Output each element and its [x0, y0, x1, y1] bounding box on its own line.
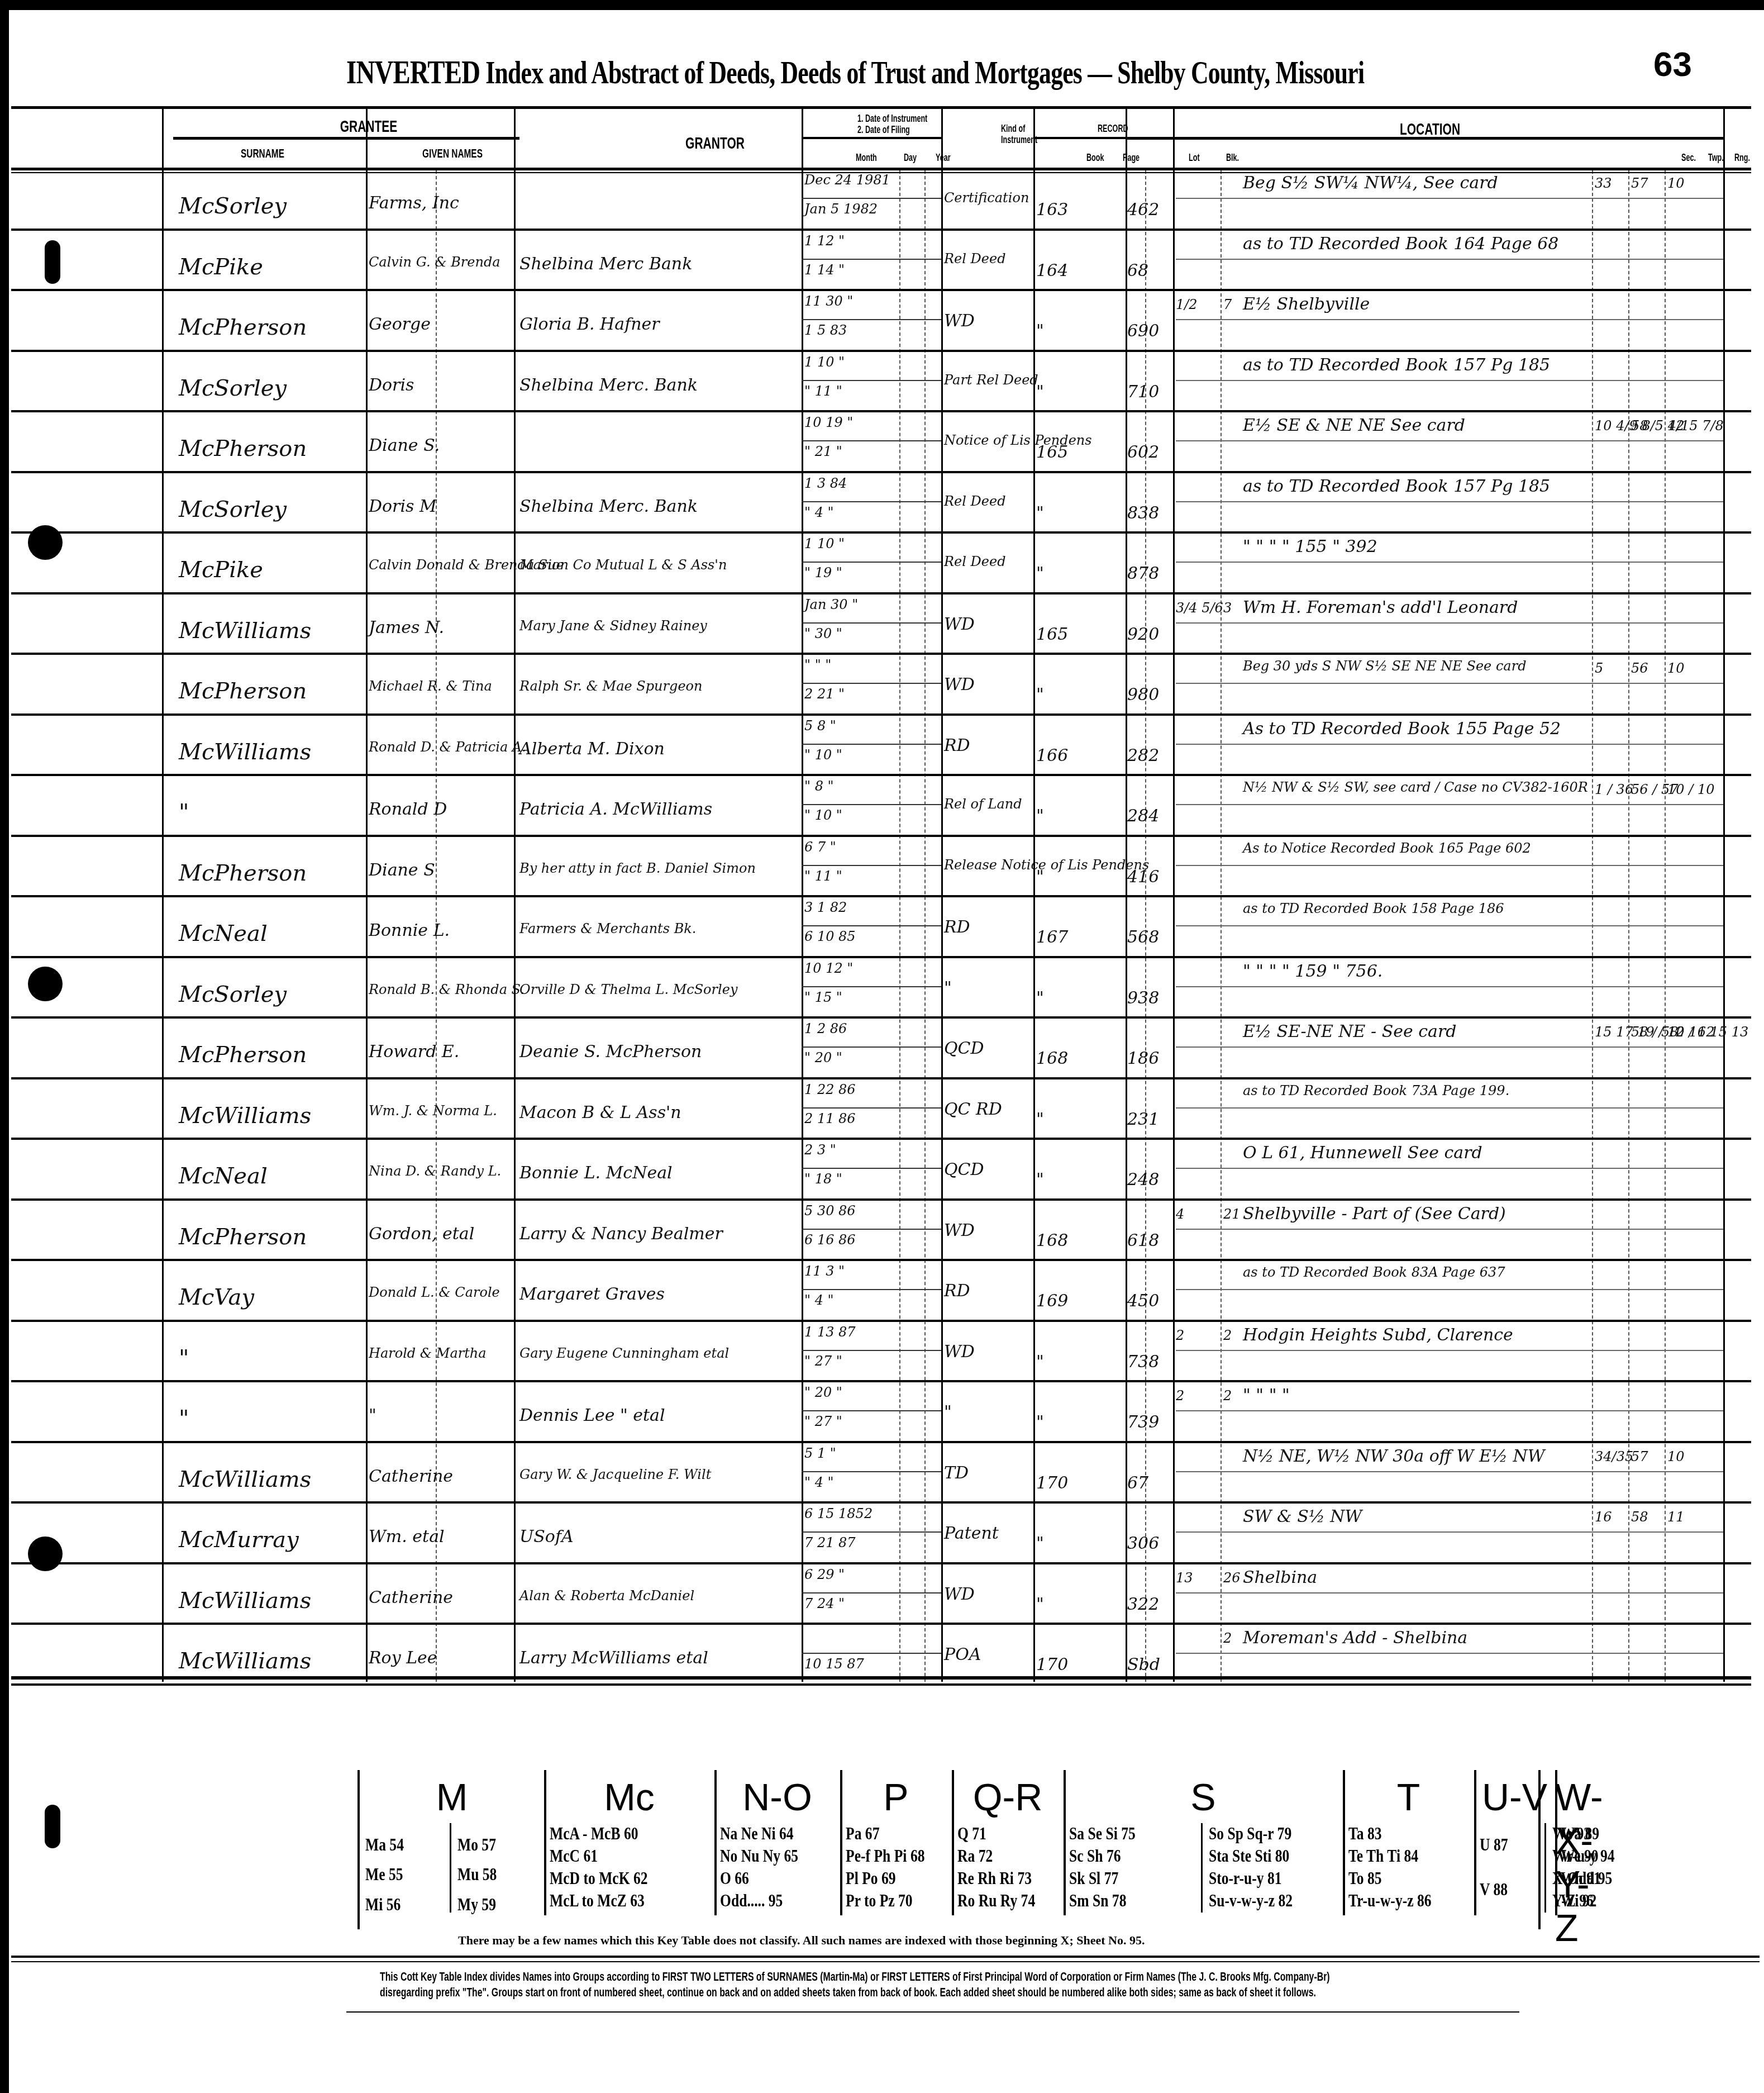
col-header-book: Book: [1086, 152, 1104, 163]
grantor-name: Gloria B. Hafner: [519, 315, 660, 334]
record-page: 618: [1127, 1231, 1159, 1250]
date-of-instrument: 6 29 ": [804, 1567, 845, 1582]
kind-of-instrument: WD: [944, 615, 975, 634]
key-entry: Pl Po 69: [846, 1868, 896, 1889]
date-of-filing: " 4 ": [804, 505, 834, 520]
key-entry: McC 61: [550, 1845, 598, 1866]
record-book: 167: [1036, 927, 1068, 947]
kind-of-instrument: Rel Deed: [944, 554, 1006, 569]
date-of-filing: 2 21 ": [804, 686, 845, 702]
key-entry: Pa 67: [846, 1823, 879, 1844]
record-page: 462: [1127, 200, 1159, 220]
key-entry: Ro Ru Ry 74: [957, 1890, 1035, 1911]
kind-of-instrument: Part Rel Deed: [944, 372, 1038, 388]
key-group-letter: T: [1343, 1776, 1474, 1819]
grantee-surname: McPherson: [179, 1042, 307, 1068]
location-lot: 3/4 5/6: [1176, 600, 1223, 616]
kind-of-instrument: Rel Deed: [944, 251, 1006, 267]
grantee-given-names: Doris M: [369, 497, 437, 516]
divider: [11, 1956, 1760, 1958]
key-entry: Tr-u-w-y-z 86: [1348, 1890, 1432, 1911]
grantee-surname: McWilliams: [179, 1588, 311, 1614]
key-entry: Wr-u-y 94: [1552, 1845, 1615, 1866]
location-description: " " " " 155 " 392: [1243, 537, 1377, 556]
key-entry: Su-v-w-y-z 82: [1209, 1890, 1293, 1911]
grantee-given-names: George: [369, 315, 431, 334]
divider: [11, 1961, 1760, 1962]
key-subdivider: [1544, 1823, 1546, 1913]
grantor-name: Gary Eugene Cunningham etal: [519, 1345, 729, 1361]
key-group-p: PPa 67Pe-f Ph Pi 68Pl Po 69Pr to Pz 70: [840, 1770, 954, 1915]
grantee-surname: McVay: [179, 1285, 254, 1310]
location-block: 2: [1223, 1630, 1232, 1646]
grantee-surname: McPike: [179, 254, 263, 280]
location-township: 57: [1631, 1449, 1648, 1464]
date-label-1: 1. Date of Instrument: [857, 113, 927, 124]
col-header-twp: Twp.: [1708, 152, 1724, 163]
date-of-filing: " 4 ": [804, 1474, 834, 1490]
grantee-given-names: Wm. etal: [369, 1527, 445, 1547]
date-of-instrument: 1 10 ": [804, 354, 845, 370]
col-header-location: LOCATION: [1391, 120, 1469, 139]
key-entry: Pr to Pz 70: [846, 1890, 913, 1911]
grantee-surname: McWilliams: [179, 739, 311, 765]
date-of-instrument: 10 12 ": [804, 960, 853, 976]
record-page: 450: [1127, 1291, 1159, 1311]
grantor-name: Larry & Nancy Bealmer: [519, 1224, 723, 1244]
date-of-filing: " 27 ": [804, 1414, 842, 1429]
record-book: ": [1036, 321, 1044, 341]
location-description: Moreman's Add - Shelbina: [1243, 1628, 1467, 1648]
record-page: 248: [1127, 1170, 1159, 1190]
location-range: 10: [1667, 1449, 1685, 1464]
record-page: 282: [1127, 746, 1159, 765]
location-block: 21: [1223, 1206, 1241, 1222]
location-description: as to TD Recorded Book 158 Page 186: [1243, 901, 1504, 916]
table-row: [11, 531, 1723, 592]
record-book: ": [1036, 685, 1044, 705]
grantee-surname: McPherson: [179, 315, 307, 340]
grantee-given-names: Farms, Inc: [369, 193, 459, 213]
record-book: 163: [1036, 200, 1068, 220]
key-entry: McL to McZ 63: [550, 1890, 645, 1911]
grantee-surname: McPike: [179, 557, 263, 583]
location-description: E½ Shelbyville: [1243, 294, 1370, 314]
date-of-instrument: 6 7 ": [804, 839, 836, 855]
key-group-t: TTa 83Te Th Ti 84To 85Tr-u-w-y-z 86: [1343, 1770, 1476, 1915]
date-of-filing: " 27 ": [804, 1353, 842, 1369]
date-of-instrument: " 8 ": [804, 778, 834, 794]
kind-of-instrument: Rel Deed: [944, 493, 1006, 509]
location-block: 2: [1223, 1328, 1232, 1343]
location-section: 16: [1595, 1509, 1612, 1525]
key-entry: Ta 83: [1348, 1823, 1382, 1844]
date-of-instrument: 2 3 ": [804, 1142, 836, 1158]
kind-of-instrument: Release Notice of Lis Pendens: [944, 857, 1149, 873]
grantee-surname: McPherson: [179, 860, 307, 886]
date-of-instrument: 1 10 ": [804, 536, 845, 551]
grantor-name: Gary W. & Jacqueline F. Wilt: [519, 1467, 711, 1482]
location-lot: 13: [1176, 1570, 1193, 1586]
grantee-given-names: Wm. J. & Norma L.: [369, 1103, 497, 1119]
grantee-given-names: Ronald D. & Patricia A.: [369, 739, 526, 755]
grantor-name: Alan & Roberta McDaniel: [519, 1588, 694, 1604]
location-description: E½ SE & NE NE See card: [1243, 416, 1465, 435]
grantee-given-names: Gordon, etal: [369, 1224, 474, 1244]
location-description: Wm H. Foreman's add'l Leonard: [1243, 598, 1518, 617]
grantor-name: Shelbina Merc. Bank: [519, 497, 698, 516]
grantor-name: Mary Jane & Sidney Rainey: [519, 618, 707, 634]
record-page: 186: [1127, 1049, 1159, 1068]
record-page: 690: [1127, 321, 1159, 341]
record-book: ": [1036, 867, 1044, 887]
date-of-filing: 7 21 87: [804, 1535, 856, 1550]
grantee-given-names: Michael R. & Tina: [369, 678, 492, 694]
key-entry: Odd..... 95: [720, 1890, 783, 1911]
record-book: 165: [1036, 625, 1068, 644]
record-book: ": [1036, 503, 1044, 523]
kind-of-instrument: Patent: [944, 1524, 999, 1543]
grantee-surname: ": [179, 1406, 189, 1431]
grantor-name: USofA: [519, 1527, 574, 1547]
col-header-lot: Lot: [1189, 152, 1200, 163]
date-of-filing: " 4 ": [804, 1292, 834, 1308]
date-of-instrument: 1 12 ": [804, 233, 845, 249]
grantor-name: Shelbina Merc. Bank: [519, 375, 698, 395]
record-page: 878: [1127, 564, 1159, 583]
date-of-instrument: 1 2 86: [804, 1021, 847, 1036]
record-book: ": [1036, 1352, 1044, 1372]
location-description: as to TD Recorded Book 157 Pg 185: [1243, 355, 1550, 375]
key-entry: Re Rh Ri 73: [957, 1868, 1032, 1889]
date-of-filing: " 11 ": [804, 868, 842, 884]
date-of-instrument: 1 3 84: [804, 475, 847, 491]
kind-of-instrument: WD: [944, 1221, 975, 1240]
record-book: 165: [1036, 443, 1068, 462]
grantee-given-names: James N.: [369, 618, 444, 638]
title-rest: Index and Abstract of Deeds, Deeds of Tr…: [485, 56, 1364, 91]
grantor-name: Larry McWilliams etal: [519, 1648, 708, 1668]
key-entry: Sc Sh 76: [1069, 1845, 1121, 1866]
kind-of-instrument: WD: [944, 311, 975, 331]
key-group-letter: Q-R: [952, 1776, 1064, 1819]
grantor-name: Patricia A. McWilliams: [519, 800, 712, 819]
record-book: 170: [1036, 1473, 1068, 1493]
key-entry: Mo 57: [457, 1834, 496, 1855]
col-header-surname: SURNAME: [231, 146, 294, 161]
location-section: 1 / 36: [1595, 782, 1633, 797]
page-number: 63: [1653, 45, 1692, 84]
location-range: 10: [1667, 660, 1685, 676]
record-page: 416: [1127, 867, 1159, 887]
kind-of-instrument: RD: [944, 736, 970, 755]
date-of-instrument: 1 13 87: [804, 1324, 856, 1340]
location-block: 7: [1223, 297, 1232, 312]
col-header-grantee: GRANTEE: [330, 117, 408, 136]
record-page: 67: [1127, 1473, 1148, 1493]
divider: [346, 2011, 1519, 2013]
record-book: 164: [1036, 261, 1068, 280]
record-page: 68: [1127, 261, 1148, 280]
grantee-surname: ": [179, 800, 189, 825]
date-of-instrument: 5 1 ": [804, 1445, 836, 1461]
record-book: ": [1036, 1534, 1044, 1553]
kind-of-instrument: Certification: [944, 190, 1029, 206]
grantee-surname: McMurray: [179, 1527, 299, 1553]
col-header-rng: Rng.: [1734, 152, 1750, 163]
location-township: 58: [1631, 1509, 1648, 1525]
key-group-m: MMa 54Me 55Mi 56Mo 57Mu 58My 59: [360, 1770, 546, 1915]
grantee-surname: McPherson: [179, 436, 307, 462]
location-lot: 1/2: [1176, 297, 1198, 312]
key-entry: Q 71: [957, 1823, 986, 1844]
location-description: O L 61, Hunnewell See card: [1243, 1143, 1482, 1163]
cott-key-table: MMa 54Me 55Mi 56Mo 57Mu 58My 59McMcA - M…: [357, 1770, 1541, 1929]
record-page: 980: [1127, 685, 1159, 705]
date-of-filing: " 18 ": [804, 1171, 842, 1187]
location-block: 26: [1223, 1570, 1241, 1586]
date-of-filing: 1 14 ": [804, 262, 845, 278]
date-of-filing: " 15 ": [804, 990, 842, 1005]
grantor-name: Deanie S. McPherson: [519, 1042, 702, 1062]
grantee-surname: McNeal: [179, 921, 268, 946]
key-entry: Na Ne Ni 64: [720, 1823, 794, 1844]
key-table-note: There may be a few names which this Key …: [458, 1933, 1145, 1948]
grantor-name: Alberta M. Dixon: [519, 739, 665, 759]
key-entry: My 59: [457, 1894, 496, 1915]
date-of-filing: " 19 ": [804, 565, 842, 581]
date-of-instrument: " 20 ": [804, 1385, 842, 1400]
kind-of-instrument: TD: [944, 1463, 969, 1483]
location-description: E½ SE-NE NE - See card: [1243, 1022, 1457, 1041]
key-entry: Te Th Ti 84: [1348, 1845, 1418, 1866]
date-of-instrument: 10 19 ": [804, 415, 853, 430]
record-book: 169: [1036, 1291, 1068, 1311]
date-of-instrument: " " ": [804, 657, 831, 673]
footer-line-1: This Cott Key Table Index divides Names …: [380, 1970, 1330, 1984]
grantee-given-names: Ronald B. & Rhonda S.: [369, 982, 525, 997]
col-header-grantor: GRANTOR: [676, 134, 754, 153]
grantor-name: Orville D & Thelma L. McSorley: [519, 982, 737, 997]
grantor-name: Shelbina Merc Bank: [519, 254, 692, 274]
key-group-q-r: Q-RQ 71Ra 72Re Rh Ri 73Ro Ru Ry 74: [952, 1770, 1066, 1915]
location-township: 57: [1631, 175, 1648, 191]
binder-slot: [45, 1805, 60, 1848]
key-entry: To 85: [1348, 1868, 1382, 1889]
key-entry: Wo 93: [1552, 1823, 1591, 1844]
key-entry: McD to McK 62: [550, 1868, 648, 1889]
date-of-instrument: 3 1 82: [804, 900, 847, 915]
rule: [11, 106, 1751, 109]
record-page: 568: [1127, 927, 1159, 947]
location-lot: 4: [1176, 1206, 1184, 1222]
grantor-name: Bonnie L. McNeal: [519, 1163, 673, 1183]
record-book: ": [1036, 1412, 1044, 1432]
location-description: Beg 30 yds S NW S½ SE NE NE See card: [1243, 658, 1527, 674]
location-block: 2: [1223, 1388, 1232, 1404]
grantee-given-names: Catherine: [369, 1467, 453, 1486]
kind-of-instrument: POA: [944, 1645, 981, 1664]
date-of-filing: 2 11 86: [804, 1111, 856, 1126]
key-entry: Mi 56: [365, 1894, 401, 1915]
kind-of-instrument: ": [944, 1402, 952, 1422]
record-book: 168: [1036, 1231, 1068, 1250]
grantee-surname: ": [179, 1345, 189, 1371]
key-group-mc: McMcA - McB 60McC 61McD to McK 62McL to …: [544, 1770, 717, 1915]
grantee-given-names: Donald L. & Carole: [369, 1285, 500, 1300]
location-description: as to TD Recorded Book 83A Page 637: [1243, 1264, 1505, 1280]
col-header-given-names: GIVEN NAMES: [417, 146, 488, 161]
record-book: 168: [1036, 1049, 1068, 1068]
grantee-surname: McSorley: [179, 193, 287, 219]
kind-of-instrument: WD: [944, 675, 975, 695]
location-range: 12 / 12: [1667, 1024, 1714, 1040]
key-entry: Sa Se Si 75: [1069, 1823, 1136, 1844]
record-book: ": [1036, 382, 1044, 402]
key-entry: Ma 54: [365, 1834, 404, 1855]
grantee-surname: McNeal: [179, 1163, 268, 1189]
record-page: Sbd: [1127, 1655, 1160, 1675]
key-entry: O 66: [720, 1868, 749, 1889]
record-book: ": [1036, 1110, 1044, 1129]
date-of-instrument: Jan 30 ": [804, 597, 858, 612]
date-of-filing: 1 5 83: [804, 322, 847, 338]
location-description: As to TD Recorded Book 155 Page 52: [1243, 719, 1561, 739]
grantor-name: Ralph Sr. & Mae Spurgeon: [519, 678, 703, 694]
key-entry: Sta Ste Sti 80: [1209, 1845, 1289, 1866]
kind-of-instrument: QC RD: [944, 1100, 1002, 1119]
col-header-month: Month: [856, 152, 877, 163]
kind-of-instrument: QCD: [944, 1039, 984, 1058]
location-description: Shelbina: [1243, 1568, 1317, 1587]
record-book: ": [1036, 564, 1044, 583]
grantor-name: Macon B & L Ass'n: [519, 1103, 681, 1122]
grantee-given-names: Nina D. & Randy L.: [369, 1163, 501, 1179]
page-title: INVERTED Index and Abstract of Deeds, De…: [346, 53, 1364, 92]
key-group-letter: M: [360, 1776, 544, 1819]
key-entry: Me 55: [365, 1864, 403, 1885]
location-description: SW & S½ NW: [1243, 1507, 1362, 1526]
kind-of-instrument: ": [944, 978, 952, 998]
row-rule: [11, 1683, 1751, 1686]
col-header-kind: Kind ofInstrument: [1001, 123, 1037, 145]
grantor-name: Margaret Graves: [519, 1285, 665, 1304]
grantee-given-names: Calvin G. & Brenda: [369, 254, 500, 270]
location-range: 12: [1667, 418, 1685, 434]
key-entry: Sm Sn 78: [1069, 1890, 1126, 1911]
key-entry: Mu 58: [457, 1864, 497, 1885]
record-page: 322: [1127, 1595, 1159, 1614]
grantee-given-names: Roy Lee: [369, 1648, 437, 1668]
key-group-s: SSa Se Si 75Sc Sh 76Sk Sl 77Sm Sn 78So S…: [1064, 1770, 1345, 1915]
record-book: 170: [1036, 1655, 1068, 1675]
grantee-surname: McPherson: [179, 1224, 307, 1250]
record-page: 602: [1127, 443, 1159, 462]
date-of-filing: 7 24 ": [804, 1596, 845, 1611]
kind-of-instrument: Notice of Lis Pendens: [944, 432, 1092, 448]
key-subdivider: [450, 1823, 451, 1913]
record-page: 284: [1127, 806, 1159, 826]
key-entry: No Nu Ny 65: [720, 1845, 798, 1866]
date-of-instrument: 5 30 86: [804, 1203, 856, 1219]
record-book: ": [1036, 806, 1044, 826]
location-description: as to TD Recorded Book 157 Pg 185: [1243, 477, 1550, 496]
location-description: " " " " 159 " 756.: [1243, 962, 1382, 981]
grantor-name: Marion Co Mutual L & S Ass'n: [519, 557, 727, 573]
key-entry: Sk Sl 77: [1069, 1868, 1118, 1889]
grantee-surname: McWilliams: [179, 1648, 311, 1674]
location-section: 5: [1595, 660, 1603, 676]
date-of-filing: 10 15 87: [804, 1656, 864, 1672]
date-of-filing: " 30 ": [804, 626, 842, 641]
grantee-given-names: Harold & Martha: [369, 1345, 487, 1361]
location-description: Shelbyville - Part of (See Card): [1243, 1204, 1506, 1224]
record-page: 710: [1127, 382, 1159, 402]
grantee-given-names: Catherine: [369, 1588, 453, 1607]
grantee-given-names: Howard E.: [369, 1042, 459, 1062]
key-entry: Pe-f Ph Pi 68: [846, 1845, 924, 1866]
record-page: 838: [1127, 503, 1159, 523]
record-page: 306: [1127, 1534, 1159, 1553]
grantee-surname: McSorley: [179, 982, 287, 1007]
location-range: 11: [1667, 1509, 1685, 1525]
location-lot: 2: [1176, 1388, 1184, 1404]
location-description: Hodgin Heights Subd, Clarence: [1243, 1325, 1513, 1345]
col-header-date: 1. Date of Instrument2. Date of Filing: [857, 113, 927, 135]
footer-line-2: disregarding prefix "The". Groups start …: [380, 1985, 1316, 2000]
key-entry: X-Odd 95: [1552, 1868, 1612, 1889]
grantee-surname: McWilliams: [179, 618, 311, 644]
date-of-filing: " 20 ": [804, 1050, 842, 1065]
location-description: " " " ": [1243, 1386, 1290, 1405]
header-rule: [1126, 137, 1723, 140]
title-emphasis: INVERTED: [346, 54, 480, 91]
key-group-letter: N-O: [714, 1776, 840, 1819]
record-page: 938: [1127, 988, 1159, 1008]
record-book: ": [1036, 988, 1044, 1008]
col-header-year: Year: [936, 152, 951, 163]
date-of-instrument: 6 15 1852: [804, 1506, 873, 1521]
col-header-record: RECORD: [1098, 123, 1128, 134]
location-section: 10 4/9 8/5 4/15 7/8: [1595, 418, 1724, 434]
location-block: 3: [1223, 600, 1232, 616]
record-book: ": [1036, 1170, 1044, 1190]
header-rule: [1033, 137, 1126, 139]
location-township: 58: [1631, 418, 1648, 434]
date-of-filing: " 10 ": [804, 747, 842, 763]
location-description: as to TD Recorded Book 73A Page 199.: [1243, 1083, 1509, 1098]
record-page: 739: [1127, 1412, 1159, 1432]
date-of-filing: " 21 ": [804, 444, 842, 459]
key-entry: V 88: [1480, 1879, 1508, 1900]
key-entry: Y-Z 96: [1552, 1890, 1594, 1911]
key-entry: Ra 72: [957, 1845, 993, 1866]
kind-label-1: Kind of: [1001, 123, 1037, 134]
date-of-instrument: Dec 24 1981: [804, 172, 890, 188]
key-group-n-o: N-ONa Ne Ni 64No Nu Ny 65O 66Odd..... 95: [714, 1770, 842, 1915]
table-row: [11, 1380, 1723, 1441]
record-book: ": [1036, 1595, 1044, 1614]
kind-of-instrument: QCD: [944, 1160, 984, 1179]
scan-edge-top: [0, 0, 1764, 10]
location-section: 33: [1595, 175, 1612, 191]
location-section: 34/35: [1595, 1449, 1633, 1464]
grantee-given-names: Ronald D: [369, 800, 447, 819]
date-of-filing: " 10 ": [804, 807, 842, 823]
header-rule: [173, 137, 519, 140]
location-range: 10: [1667, 175, 1685, 191]
grantee-surname: McWilliams: [179, 1103, 311, 1129]
